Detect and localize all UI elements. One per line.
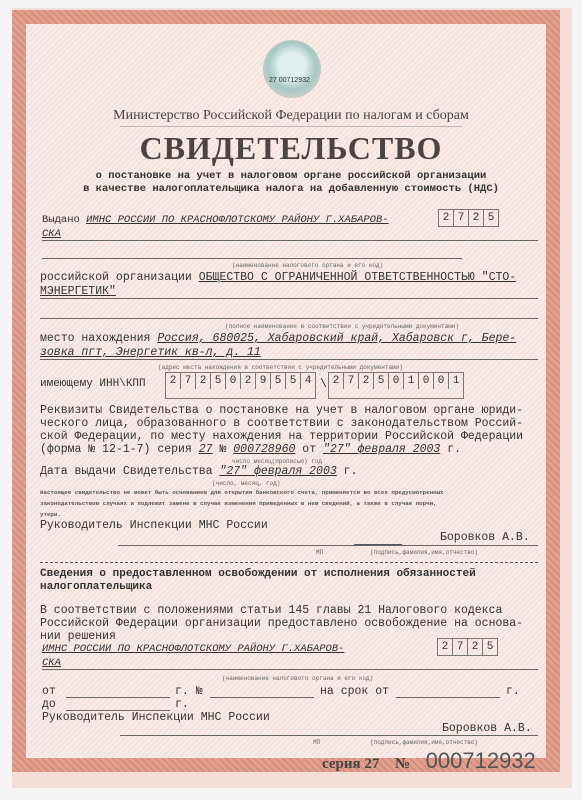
issue-date-caption: (число, месяц, год) [212, 480, 280, 487]
subtitle-line2: в качестве налогоплательщика налога на д… [0, 183, 582, 195]
subtitle-line1: о постановке на учет в налоговом органе … [0, 170, 582, 182]
address-value-1: Россия, 680025, Хабаровский край, Хабаро… [157, 332, 516, 345]
underline [42, 258, 462, 259]
signature [354, 528, 408, 545]
requisites-line1: Реквизиты Свидетельства о постановке на … [40, 404, 523, 417]
divider [120, 126, 462, 127]
issued-code: 2725 [438, 209, 499, 227]
kpp-cells: 272501001 [328, 372, 464, 399]
exemption-from-label: от [42, 685, 56, 698]
footer-number-label: № [395, 756, 410, 772]
address-value-2: зовка пгт, Энергетик кв-л, д. 11 [40, 346, 261, 359]
issued-caption: (наименование налогового органа и его ко… [232, 262, 383, 269]
issue-date-label: Дата выдачи Свидетельства [40, 465, 213, 478]
address-caption: (адрес места нахождения в соответствии с… [158, 364, 403, 371]
requisites-number: 000728960 [233, 443, 295, 456]
footer-series: серия 27 [322, 756, 379, 772]
organization-value-1: ОБЩЕСТВО С ОГРАНИЧЕННОЙ ОТВЕТСТВЕННОСТЬЮ… [199, 271, 516, 284]
exemption-term-label: на срок от [320, 685, 389, 698]
organization-caption: (полное наименование в соответствии с уч… [225, 323, 459, 330]
signature-line [120, 735, 538, 736]
issued-label: Выдано [42, 214, 80, 226]
requisites-from-label: от [302, 443, 316, 456]
issue-date-value: "27" февраля 2003 [219, 465, 336, 478]
notice-line1: Настоящее свидетельство не может быть ос… [40, 489, 444, 496]
signature-line [118, 545, 538, 546]
issued-value-2: СКА [42, 228, 61, 240]
issued-value-1: ИМНС РОССИИ ПО КРАСНОФЛОТСКОМУ РАЙОНУ Г.… [86, 214, 388, 226]
head1-label: Руководитель Инспекции МНС России [40, 519, 268, 532]
head2-caption: (подпись,фамилия,имя,отчество) [370, 739, 478, 746]
exemption-term-field [396, 697, 500, 698]
head2-name: Боровков А.В. [442, 722, 532, 735]
exemption-text-2: Российской Федерации организации предост… [40, 617, 523, 630]
exemption-organ-1: ИМНС РОССИИ ПО КРАСНОФЛОТСКОМУ РАЙОНУ Г.… [42, 643, 344, 655]
exemption-title-1: Сведения о предоставленном освобождении … [40, 568, 476, 580]
footer-serial-number: 000712932 [426, 748, 536, 773]
exemption-from-field [66, 697, 170, 698]
ministry-name: Министерство Российской Федерации по нал… [0, 108, 582, 124]
issue-date-suffix: г. [344, 465, 358, 478]
notice-line2: законодательством случаях и подлежит зам… [40, 500, 437, 507]
inn-kpp-label: имеющему ИНН\КПП [40, 378, 146, 390]
requisites-year-suffix: г. [447, 443, 461, 456]
requisites-date: "27" февраля 2003 [323, 443, 440, 456]
requisites-caption: число месяц(прописью) год [232, 458, 322, 465]
requisites-line3: ской Федерации, по месту нахождения на т… [40, 430, 523, 443]
exemption-to-g: г. [175, 698, 189, 711]
head1-name: Боровков А.В. [440, 531, 530, 544]
exemption-number-field [210, 697, 314, 698]
document-title: СВИДЕТЕЛЬСТВО [0, 130, 582, 167]
head1-caption: (подпись,фамилия,имя,отчество) [370, 549, 478, 556]
underline [40, 359, 538, 360]
exemption-code: 2725 [437, 638, 498, 656]
underline [40, 318, 538, 319]
head2-label: Руководитель Инспекции МНС России [42, 711, 270, 724]
exemption-g: г. [506, 685, 520, 698]
head1-mp: МП [316, 549, 323, 556]
exemption-organ-2: СКА [42, 657, 61, 669]
requisites-line2: ческого лица, образованного в соответств… [40, 417, 523, 430]
head2-mp: МП [313, 739, 320, 746]
hologram-number: 27 00712932 [269, 77, 310, 84]
inn-kpp-separator: \ [320, 378, 327, 391]
address-label: место нахождения [40, 332, 150, 345]
exemption-number-label: г. № [175, 685, 203, 698]
underline [40, 298, 538, 299]
exemption-text-1: В соответствии с положениями статьи 145 … [40, 604, 502, 617]
hologram-seal: 27 00712932 [263, 40, 321, 98]
exemption-to-label: до [42, 698, 56, 711]
inn-cells: 2725029554 [165, 372, 316, 399]
dashed-divider [40, 562, 538, 563]
organization-value-2: МЭНЕРГЕТИК" [40, 285, 116, 298]
organization-label: российской организации [40, 271, 192, 284]
notice-line3: утери. [40, 511, 61, 518]
requisites-series: 27 [199, 443, 213, 456]
exemption-text-3: нии решения [40, 630, 116, 643]
underline [42, 240, 538, 241]
exemption-caption: (наименование налогового органа и его ко… [222, 675, 373, 682]
underline [42, 669, 538, 670]
requisites-form-label: (форма № 12-1-7) серия [40, 443, 192, 456]
exemption-title-2: налогоплательщика [40, 581, 152, 593]
requisites-number-label: № [219, 443, 226, 456]
